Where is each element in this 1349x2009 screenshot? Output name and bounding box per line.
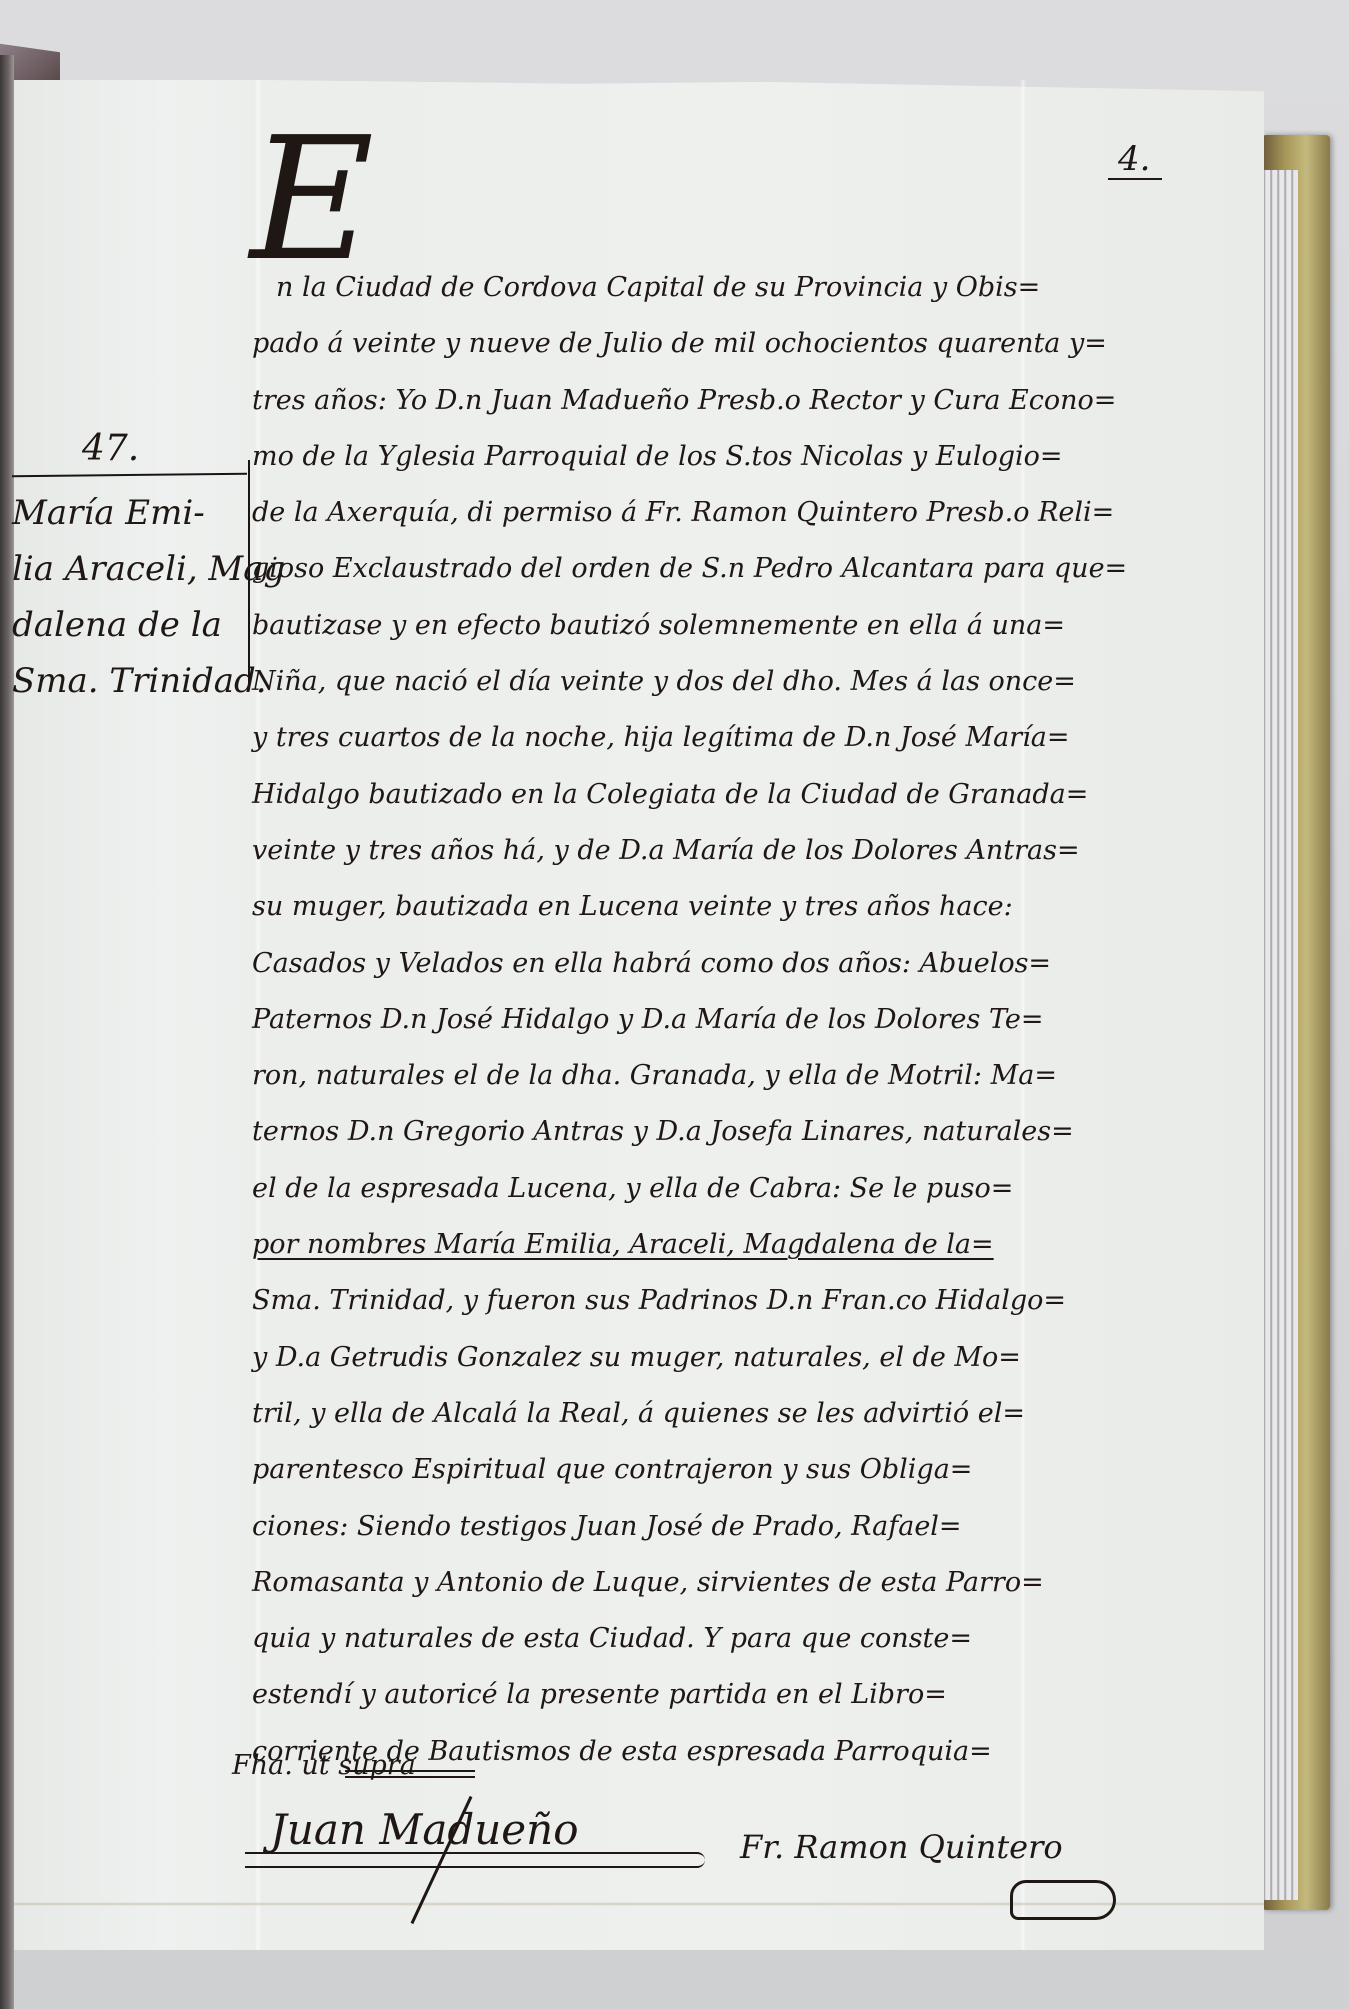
body-line: y D.a Getrudis Gonzalez su muger, natura… — [252, 1330, 1062, 1386]
body-line: tril, y ella de Alcalá la Real, á quiene… — [252, 1386, 1062, 1442]
body-line: ternos D.n Gregorio Antras y D.a Josefa … — [252, 1104, 1062, 1160]
signature-rubric — [1010, 1880, 1116, 1920]
closing-flourish — [345, 1770, 475, 1778]
body-line: Sma. Trinidad, y fueron sus Padrinos D.n… — [252, 1273, 1062, 1329]
body-line: ciones: Siendo testigos Juan José de Pra… — [252, 1499, 1062, 1555]
body-line: Casados y Velados en ella habrá como dos… — [252, 936, 1062, 992]
baptism-record-body: n la Ciudad de Cordova Capital de su Pro… — [252, 260, 1062, 1780]
body-line: Hidalgo bautizado en la Colegiata de la … — [252, 767, 1062, 823]
margin-note-line: dalena de la — [12, 597, 248, 653]
body-line: su muger, bautizada en Lucena veinte y t… — [252, 879, 1062, 935]
body-line: bautizase y en efecto bautizó solemnemen… — [252, 598, 1062, 654]
margin-note-line: Sma. Trinidad. — [12, 653, 248, 709]
body-line: parentesco Espiritual que contrajeron y … — [252, 1442, 1062, 1498]
body-line: veinte y tres años há, y de D.a María de… — [252, 823, 1062, 879]
signature-juan-madueno: Juan Madueño — [270, 1805, 579, 1854]
entry-number: 47. — [82, 428, 139, 469]
margin-note-child-name: María Emi- lia Araceli, Mag dalena de la… — [12, 485, 248, 709]
signature-ramon-quintero: Fr. Ramon Quintero — [740, 1828, 1063, 1866]
folio-number: 4. — [1108, 140, 1162, 180]
left-binding-edge — [0, 55, 14, 2009]
body-line: mo de la Yglesia Parroquial de los S.tos… — [252, 429, 1062, 485]
margin-note-line: María Emi- — [12, 485, 248, 541]
body-line: n la Ciudad de Cordova Capital de su Pro… — [252, 260, 1062, 316]
margin-note-line: lia Araceli, Mag — [12, 541, 248, 597]
body-line: quia y naturales de esta Ciudad. Y para … — [252, 1611, 1062, 1667]
body-line: tres años: Yo D.n Juan Madueño Presb.o R… — [252, 373, 1062, 429]
body-line: Romasanta y Antonio de Luque, sirvientes… — [252, 1555, 1062, 1611]
body-line-child-names: por nombres María Emilia, Araceli, Magda… — [252, 1217, 1062, 1273]
body-line: el de la espresada Lucena, y ella de Cab… — [252, 1161, 1062, 1217]
body-line: pado á veinte y nueve de Julio de mil oc… — [252, 316, 1062, 372]
body-line: estendí y autoricé la presente partida e… — [252, 1667, 1062, 1723]
body-line: de la Axerquía, di permiso á Fr. Ramon Q… — [252, 485, 1062, 541]
body-line: Paternos D.n José Hidalgo y D.a María de… — [252, 992, 1062, 1048]
body-line: gioso Exclaustrado del orden de S.n Pedr… — [252, 541, 1062, 597]
body-line: Niña, que nació el día veinte y dos del … — [252, 654, 1062, 710]
page-stack-edge — [1258, 170, 1298, 1900]
body-line: ron, naturales el de la dha. Granada, y … — [252, 1048, 1062, 1104]
signature-rubric — [245, 1852, 705, 1868]
body-line: y tres cuartos de la noche, hija legítim… — [252, 710, 1062, 766]
